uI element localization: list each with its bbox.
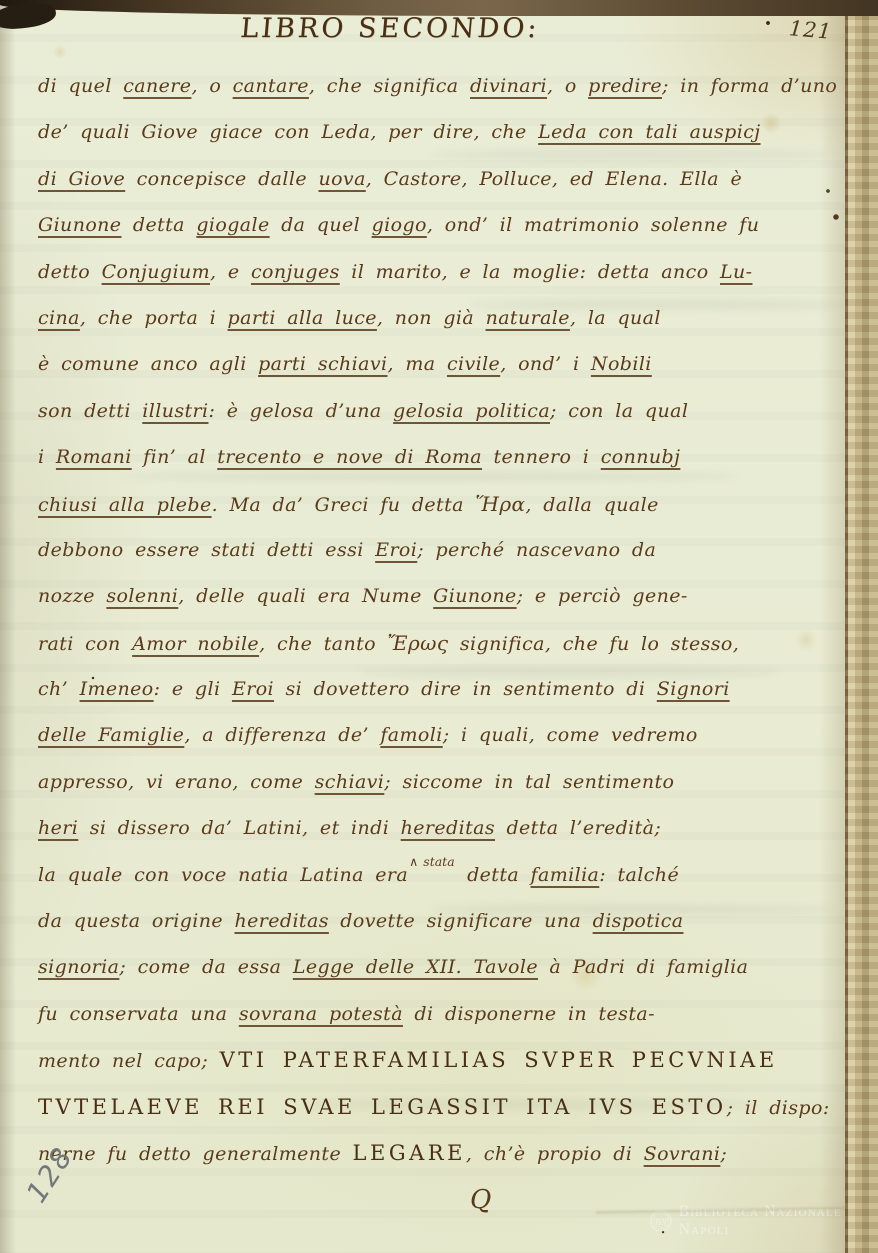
manuscript-line: è comune anco agli parti schiavi, ma civ… <box>38 341 828 387</box>
page-curve-shadow <box>819 0 845 1253</box>
handwritten-text: detta l’eredità; <box>495 817 661 839</box>
handwritten-text: , o <box>547 75 588 97</box>
handwritten-text: , ch’è propio di <box>466 1143 644 1165</box>
left-edge-shadow <box>0 0 16 1253</box>
handwritten-text: fu conservata una <box>38 1003 239 1025</box>
manuscript-line: de’ quali Giove giace con Leda, per dire… <box>38 109 828 155</box>
handwritten-text: , che significa <box>309 75 470 97</box>
handwritten-text: significa, che fu lo stesso, <box>448 633 739 655</box>
underlined-text: parti alla luce <box>228 307 377 329</box>
catchword: Q <box>470 1185 491 1215</box>
underlined-text: giogo <box>372 214 427 236</box>
greek-text: Ἔρως <box>387 631 448 655</box>
handwritten-text: detta <box>121 214 196 236</box>
underlined-text: connubj <box>601 446 681 468</box>
handwritten-text: : è gelosa d’una <box>208 400 393 422</box>
manuscript-line: son detti illustri: è gelosa d’una gelos… <box>38 388 828 434</box>
underlined-text: Leda con tali auspicj <box>538 121 760 143</box>
manuscript-line: detto Conjugium, e conjuges il marito, e… <box>38 249 828 295</box>
handwritten-text: de’ quali Giove giace con Leda, per dire… <box>38 121 538 143</box>
handwritten-text: ; in forma d’uno <box>662 75 837 97</box>
underlined-text: schiavi <box>315 771 385 793</box>
handwritten-text: ; il dispo: <box>727 1097 830 1119</box>
underlined-text: parti schiavi <box>258 353 387 375</box>
manuscript-line: la quale con voce natia Latina era∧ stat… <box>38 852 828 898</box>
underlined-text: predire <box>588 75 662 97</box>
manuscript-line: debbono essere stati detti essi Eroi; pe… <box>38 527 828 573</box>
handwritten-text: la quale con voce natia Latina era <box>38 864 408 886</box>
handwritten-text: , che tanto <box>259 633 387 655</box>
underlined-text: canere <box>123 75 191 97</box>
manuscript-line: nozze solenni, delle quali era Nume Giun… <box>38 573 828 619</box>
handwritten-text: nerne fu detto generalmente <box>38 1143 353 1165</box>
underlined-text: giogale <box>196 214 269 236</box>
handwritten-text: rati con <box>38 633 132 655</box>
underlined-text: Sovrani <box>644 1143 721 1165</box>
underlined-text: signoria <box>38 956 119 978</box>
handwritten-text: detto <box>38 261 102 283</box>
underlined-text: cantare <box>233 75 309 97</box>
handwritten-text: , a differenza de’ <box>184 724 380 746</box>
underlined-text: conjuges <box>251 261 340 283</box>
handwritten-text: , ond’ i <box>500 353 591 375</box>
handwritten-text: ; perché nascevano da <box>417 539 656 561</box>
capitals-text: LEGARE <box>353 1141 466 1165</box>
underlined-text: naturale <box>486 307 570 329</box>
manuscript-line: i Romani fin’ al trecento e nove di Roma… <box>38 434 828 480</box>
handwritten-text: di disponerne in testa- <box>403 1003 655 1025</box>
manuscript-line: mento nel capo; VTI PATERFAMILIAS SVPER … <box>38 1037 828 1083</box>
underlined-text: delle Famiglie <box>38 724 184 746</box>
underlined-text: civile <box>447 353 500 375</box>
handwritten-text: : talché <box>599 864 679 886</box>
manuscript-line: fu conservata una sovrana potestà di dis… <box>38 991 828 1037</box>
underlined-text: gelosia politica <box>393 400 550 422</box>
handwritten-text: , delle quali era Nume <box>178 585 433 607</box>
handwritten-text: ; e perciò gene- <box>517 585 688 607</box>
handwritten-text: si dissero da’ Latini, et indi <box>78 817 400 839</box>
handwritten-text: detta <box>456 864 531 886</box>
handwritten-text: , ma <box>387 353 446 375</box>
underlined-text: hereditas <box>234 910 328 932</box>
underlined-text: cina <box>38 307 80 329</box>
underlined-text: illustri <box>142 400 208 422</box>
underlined-text: famoli <box>380 724 442 746</box>
handwritten-text: è comune anco agli <box>38 353 258 375</box>
svg-text:BN: BN <box>655 1217 668 1227</box>
handwritten-text: nozze <box>38 585 106 607</box>
handwritten-text: , ond’ il matrimonio solenne fu <box>427 214 760 236</box>
underlined-text: Eroi <box>375 539 417 561</box>
handwritten-text: da questa origine <box>38 910 234 932</box>
book-title: LIBRO SECONDO: <box>29 13 752 44</box>
underlined-text: di Giove <box>38 168 125 190</box>
handwritten-text: il marito, e la moglie: detta anco <box>340 261 720 283</box>
manuscript-line: Giunone detta giogale da quel giogo, ond… <box>38 202 828 248</box>
manuscript-line: chiusi alla plebe. Ma da’ Greci fu detta… <box>38 481 828 527</box>
handwritten-text: concepisce dalle <box>125 168 318 190</box>
handwritten-text: ; come da essa <box>119 956 292 978</box>
handwritten-text: i <box>38 446 56 468</box>
manuscript-page: LIBRO SECONDO: 121 di quel canere, o can… <box>0 0 878 1253</box>
handwritten-text: , e <box>210 261 251 283</box>
underlined-text: Eroi <box>232 678 274 700</box>
handwritten-text: appresso, vi erano, come <box>38 771 315 793</box>
handwritten-text: dovette significare una <box>329 910 593 932</box>
underlined-text: Imeneo <box>80 678 154 700</box>
handwritten-text: ; siccome in tal sentimento <box>384 771 674 793</box>
handwritten-text: mento nel capo; <box>38 1050 220 1072</box>
handwritten-text: ch’ <box>38 678 80 700</box>
underlined-text: dispotica <box>593 910 684 932</box>
handwritten-text: da quel <box>270 214 372 236</box>
handwritten-text: , dalla quale <box>525 494 658 516</box>
manuscript-line: di quel canere, o cantare, che significa… <box>38 63 828 109</box>
greek-text: Ἥρα <box>475 492 525 516</box>
underlined-text: solenni <box>106 585 178 607</box>
handwritten-text: . Ma da’ Greci fu detta <box>212 494 476 516</box>
underlined-text: chiusi alla plebe <box>38 494 212 516</box>
underlined-text: Giunone <box>38 214 121 236</box>
handwritten-text: , o <box>191 75 232 97</box>
handwritten-text: , Castore, Polluce, ed Elena. Ella è <box>366 168 742 190</box>
underlined-text: sovrana potestà <box>239 1003 403 1025</box>
underlined-text: Giunone <box>433 585 516 607</box>
handwritten-text: ; i quali, come vedremo <box>443 724 698 746</box>
underlined-text: divinari <box>470 75 547 97</box>
manuscript-line: TVTELAEVE REI SVAE LEGASSIT ITA IVS ESTO… <box>38 1084 828 1130</box>
underlined-text: familia <box>531 864 600 886</box>
underlined-text: hereditas <box>401 817 495 839</box>
underlined-text: Conjugium <box>102 261 210 283</box>
handwritten-text: , che porta i <box>80 307 228 329</box>
manuscript-line: signoria; come da essa Legge delle XII. … <box>38 944 828 990</box>
manuscript-line: delle Famiglie, a differenza de’ famoli;… <box>38 712 828 758</box>
manuscript-line: di Giove concepisce dalle uova, Castore,… <box>38 156 828 202</box>
manuscript-line: nerne fu detto generalmente LEGARE, ch’è… <box>38 1130 828 1176</box>
manuscript-line: cina, che porta i parti alla luce, non g… <box>38 295 828 341</box>
manuscript-line: da questa origine hereditas dovette sign… <box>38 898 828 944</box>
handwritten-text: debbono essere stati detti essi <box>38 539 375 561</box>
underlined-text: uova <box>318 168 365 190</box>
capitals-text: TVTELAEVE REI SVAE LEGASSIT ITA IVS ESTO <box>38 1095 727 1119</box>
manuscript-line: ch’ Imeneo: e gli Eroi si dovettero dire… <box>38 666 828 712</box>
handwritten-text: ; con la qual <box>550 400 688 422</box>
manuscript-scan: { "colors":{ "ink":"#5a3a1b", "ink_dark"… <box>0 0 878 1253</box>
book-fore-edge <box>845 0 878 1253</box>
underlined-text: trecento e nove di Roma <box>217 446 482 468</box>
underlined-text: Signori <box>657 678 730 700</box>
underlined-text: heri <box>38 817 78 839</box>
underlined-text: Romani <box>56 446 132 468</box>
handwritten-text: fin’ al <box>132 446 218 468</box>
interline-insertion: ∧ stata <box>409 839 455 885</box>
underlined-text: Nobili <box>591 353 652 375</box>
handwritten-text: si dovettero dire in sentimento di <box>274 678 657 700</box>
underlined-text: Amor nobile <box>132 633 259 655</box>
underlined-text: Legge delle XII. Tavole <box>293 956 538 978</box>
handwritten-text: à Padri di famiglia <box>538 956 748 978</box>
handwritten-text: : e gli <box>154 678 232 700</box>
handwritten-text: ; <box>720 1143 727 1165</box>
manuscript-lines: di quel canere, o cantare, che significa… <box>38 63 828 1176</box>
handwritten-text: di quel <box>38 75 123 97</box>
underlined-text: Lu- <box>720 261 752 283</box>
handwritten-text: , la qual <box>570 307 661 329</box>
handwritten-text: son detti <box>38 400 142 422</box>
handwritten-text: , non già <box>377 307 486 329</box>
handwritten-text: tennero i <box>482 446 601 468</box>
manuscript-line: rati con Amor nobile, che tanto Ἔρως sig… <box>38 620 828 666</box>
manuscript-line: appresso, vi erano, come schiavi; siccom… <box>38 759 828 805</box>
capitals-text: VTI PATERFAMILIAS SVPER PECVNIAE <box>220 1048 778 1072</box>
